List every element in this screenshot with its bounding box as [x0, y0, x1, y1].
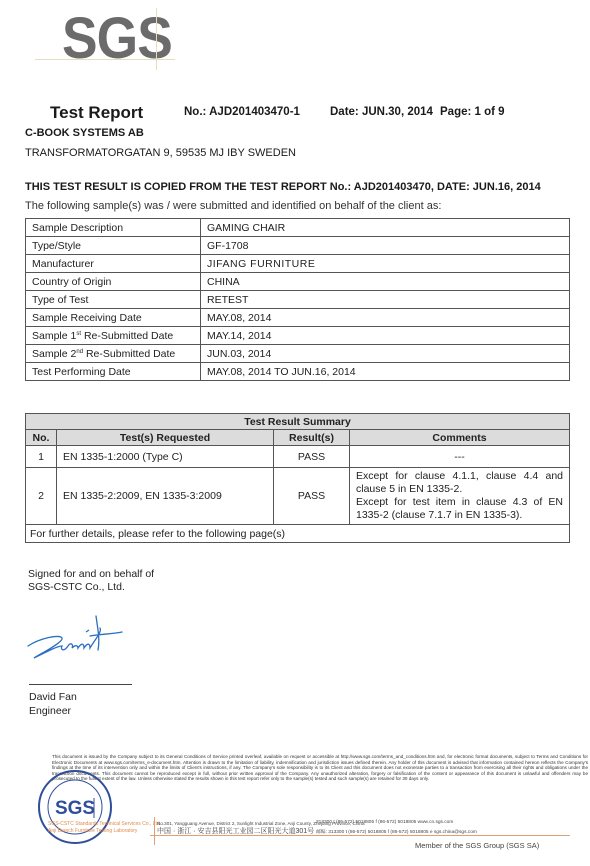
comment-line: Except for test item in clause 4.3 of EN… — [356, 496, 563, 522]
label-text: Sample 1 — [32, 330, 76, 342]
row-value: CHINA — [201, 273, 570, 291]
comment-line: Except for clause 4.1.1, clause 4.4 and … — [356, 470, 563, 496]
page-indicator: Page: 1 of 9 — [440, 106, 505, 118]
table-row: Type/StyleGF-1708 — [26, 237, 570, 255]
cell-comments: Except for clause 4.1.1, clause 4.4 and … — [350, 468, 570, 525]
col-header-result: Result(s) — [274, 430, 350, 446]
row-label: Sample 1st Re-Submitted Date — [26, 327, 201, 345]
row-value: GAMING CHAIR — [201, 219, 570, 237]
table-row: Country of OriginCHINA — [26, 273, 570, 291]
handwritten-signature — [26, 610, 136, 670]
cell-test: EN 1335-2:2009, EN 1335-3:2009 — [57, 468, 274, 525]
copied-notice: THIS TEST RESULT IS COPIED FROM THE TEST… — [25, 181, 541, 193]
table-row: Sample 1st Re-Submitted DateMAY.14, 2014 — [26, 327, 570, 345]
further-details-note: For further details, please refer to the… — [26, 525, 570, 543]
table-row: Sample DescriptionGAMING CHAIR — [26, 219, 570, 237]
col-header-comments: Comments — [350, 430, 570, 446]
report-title: Test Report — [50, 103, 143, 123]
signer-name: David Fan — [29, 691, 77, 703]
lab-name: SGS-CSTC Standards Technical Services Co… — [48, 821, 161, 835]
table-row: Sample Receiving DateMAY.08, 2014 — [26, 309, 570, 327]
signer-title: Engineer — [29, 705, 71, 717]
row-label: Test Performing Date — [26, 363, 201, 381]
table-row: ManufacturerJIFANG FURNITURE — [26, 255, 570, 273]
row-label: Sample 2nd Re-Submitted Date — [26, 345, 201, 363]
label-text: Sample 2 — [32, 348, 76, 360]
report-date: Date: JUN.30, 2014 — [330, 106, 433, 118]
footer-divider — [154, 817, 155, 845]
cell-no: 2 — [26, 468, 57, 525]
cell-no: 1 — [26, 446, 57, 468]
lab-name-line: SGS-CSTC Standards Technical Services Co… — [48, 821, 161, 828]
intro-text: The following sample(s) was / were submi… — [25, 200, 441, 212]
row-value: JUN.03, 2014 — [201, 345, 570, 363]
client-address: TRANSFORMATORGATAN 9, 59535 MJ IBY SWEDE… — [25, 147, 296, 159]
lab-name-line: Anji Branch Furniture Testing Laboratory — [48, 828, 161, 835]
cell-comments: --- — [350, 446, 570, 468]
table-row: 2 EN 1335-2:2009, EN 1335-3:2009 PASS Ex… — [26, 468, 570, 525]
signed-on-behalf-text: Signed for and on behalf of — [28, 568, 154, 580]
cell-result: PASS — [274, 468, 350, 525]
table-row: Test Performing DateMAY.08, 2014 TO JUN.… — [26, 363, 570, 381]
table-row: Sample 2nd Re-Submitted DateJUN.03, 2014 — [26, 345, 570, 363]
footer-rule — [150, 835, 570, 836]
row-label: Sample Receiving Date — [26, 309, 201, 327]
label-text: Re-Submitted Date — [81, 330, 173, 342]
svg-text:SGS: SGS — [55, 798, 95, 819]
legal-disclaimer: This document is issued by the Company s… — [52, 754, 588, 782]
row-value: MAY.08, 2014 TO JUN.16, 2014 — [201, 363, 570, 381]
table-row: Type of TestRETEST — [26, 291, 570, 309]
summary-title: Test Result Summary — [26, 414, 570, 430]
signing-company: SGS-CSTC Co., Ltd. — [28, 581, 125, 593]
cell-test: EN 1335-1:2000 (Type C) — [57, 446, 274, 468]
label-text: Re-Submitted Date — [83, 348, 175, 360]
table-footer-row: For further details, please refer to the… — [26, 525, 570, 543]
report-number: No.: AJD201403470-1 — [184, 106, 300, 118]
row-label: Country of Origin — [26, 273, 201, 291]
row-value: GF-1708 — [201, 237, 570, 255]
test-result-summary-table: Test Result Summary No. Test(s) Requeste… — [25, 413, 570, 543]
row-value: JIFANG FURNITURE — [201, 255, 570, 273]
row-label: Sample Description — [26, 219, 201, 237]
row-label: Type of Test — [26, 291, 201, 309]
row-value: MAY.08, 2014 — [201, 309, 570, 327]
row-label: Manufacturer — [26, 255, 201, 273]
col-header-test: Test(s) Requested — [57, 430, 274, 446]
sgs-group-membership: Member of the SGS Group (SGS SA) — [415, 841, 539, 850]
col-header-no: No. — [26, 430, 57, 446]
sample-info-table: Sample DescriptionGAMING CHAIR Type/Styl… — [25, 218, 570, 381]
contact-line: 313300 t (86-572) 5018805 f (86-572) 501… — [316, 820, 453, 825]
logo-guide-line — [156, 8, 157, 70]
row-value: RETEST — [201, 291, 570, 309]
table-row: 1 EN 1335-1:2000 (Type C) PASS --- — [26, 446, 570, 468]
client-name: C-BOOK SYSTEMS AB — [25, 127, 144, 139]
signature-line — [29, 684, 132, 685]
contact-line: 邮编: 313300 t (86-572) 5018805 f (86-572)… — [316, 828, 477, 835]
logo-guide-line — [35, 59, 175, 60]
cell-result: PASS — [274, 446, 350, 468]
row-label: Type/Style — [26, 237, 201, 255]
row-value: MAY.14, 2014 — [201, 327, 570, 345]
